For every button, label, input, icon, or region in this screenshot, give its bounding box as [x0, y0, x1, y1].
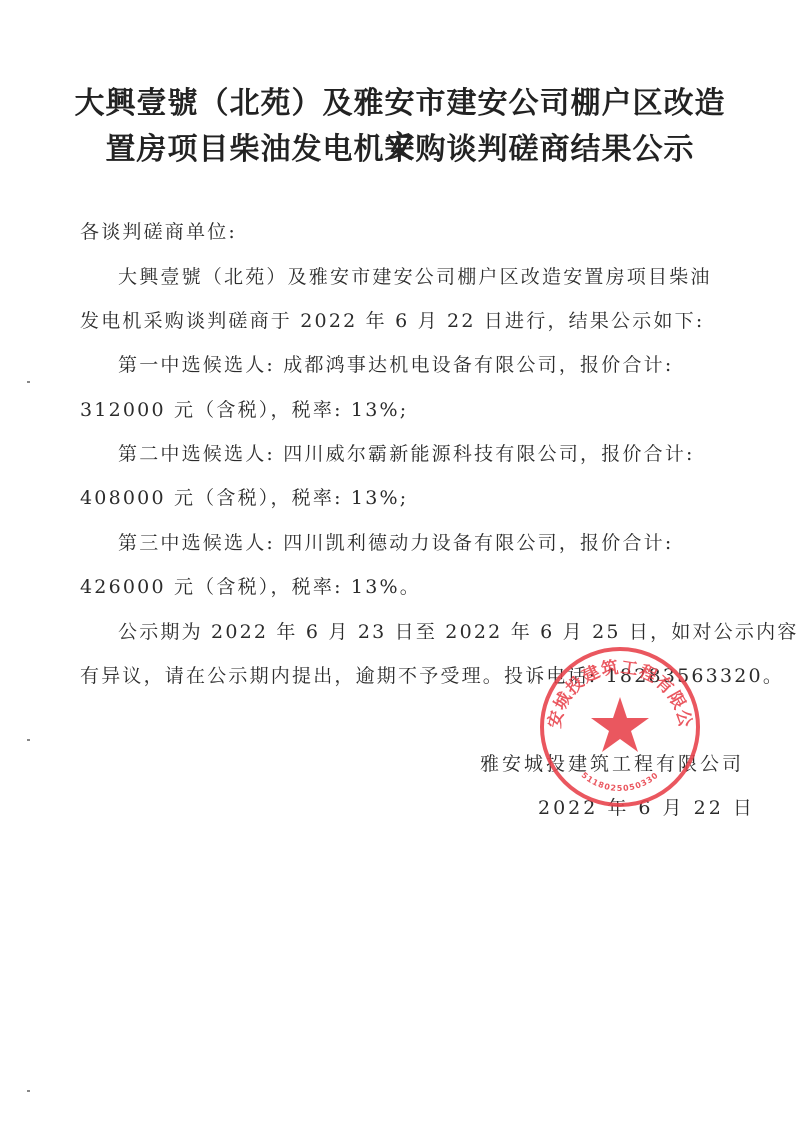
scan-mark [27, 381, 30, 383]
signature-company: 雅安城投建筑工程有限公司 [480, 751, 744, 777]
candidate-2-line-1: 第二中选候选人: 四川威尔霸新能源科技有限公司，报价合计: [118, 441, 695, 467]
seal-star-icon [591, 697, 649, 752]
notice-line-2: 有异议，请在公示期内提出，逾期不予受理。投诉电话: 18283563320。 [80, 663, 784, 689]
scan-mark [27, 1090, 30, 1092]
document-title-line-2: 置房项目柴油发电机采购谈判磋商结果公示 [70, 128, 730, 172]
candidate-1-line-2: 312000 元（含税），税率: 13%; [80, 397, 408, 423]
candidate-3-line-1: 第三中选候选人: 四川凯利德动力设备有限公司，报价合计: [118, 530, 673, 556]
intro-line-1: 大興壹號（北苑）及雅安市建安公司棚户区改造安置房项目柴油 [118, 264, 712, 290]
candidate-1-line-1: 第一中选候选人: 成都鸿事达机电设备有限公司，报价合计: [118, 352, 673, 378]
salutation: 各谈判磋商单位: [80, 219, 237, 245]
candidate-3-line-2: 426000 元（含税），税率: 13%。 [80, 574, 421, 600]
candidate-2-line-2: 408000 元（含税），税率: 13%; [80, 485, 408, 511]
intro-line-2: 发电机采购谈判磋商于 2022 年 6 月 22 日进行，结果公示如下: [80, 308, 704, 334]
notice-line-1: 公示期为 2022 年 6 月 23 日至 2022 年 6 月 25 日，如对… [118, 619, 799, 645]
signature-date: 2022 年 6 月 22 日 [538, 795, 755, 821]
document-page: 大興壹號（北苑）及雅安市建安公司棚户区改造安 置房项目柴油发电机采购谈判磋商结果… [0, 0, 800, 1131]
scan-mark [27, 739, 30, 741]
